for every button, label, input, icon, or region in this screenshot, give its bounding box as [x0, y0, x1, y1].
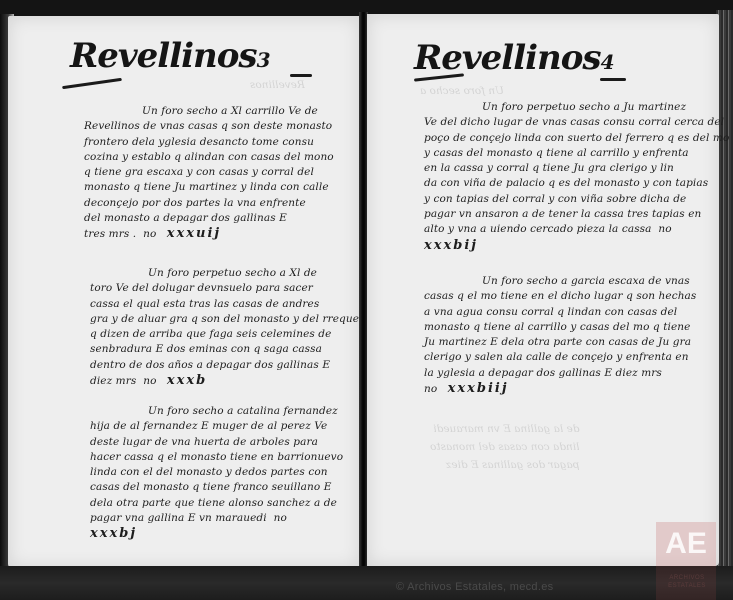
number-label: no	[424, 383, 437, 395]
text-line: clerigo y salen ala calle de conçejo y e…	[424, 350, 696, 365]
entry-number: xxxb	[167, 373, 207, 388]
left-entry-1: Un foro secho a Xl carrillo Ve de Revell…	[84, 104, 334, 243]
text-line: pagar vn ansaron a de tener la cassa tre…	[424, 207, 729, 222]
text-line: deconçejo por dos partes la vna enfrente	[84, 196, 334, 211]
text-line: hacer cassa q el monasto tiene en barrio…	[90, 450, 343, 465]
entry-number: xxxuij	[167, 226, 221, 241]
text-line: gra y de aluar gra q son del monasto y d…	[90, 312, 371, 327]
number-label: no	[143, 375, 156, 387]
number-label: no	[274, 512, 287, 524]
right-entry-1: Un foro perpetuo secho a Ju martinez Ve …	[424, 100, 729, 253]
ink-bleed: Revellinos	[250, 78, 305, 93]
archive-logo-icon: AE	[656, 522, 716, 566]
text-line: Un foro secho a garcia escaxa de vnas	[424, 274, 696, 289]
text-line: tres mrs .	[84, 228, 136, 240]
heading-text: Revellinos	[70, 36, 257, 76]
text-line: del monasto a depagar dos gallinas E	[84, 211, 334, 226]
text-line: poço de conçejo linda con suerto del fer…	[424, 131, 729, 146]
ink-bleed: Un foro secho a	[420, 84, 504, 99]
text-line: la yglesia a depagar dos gallinas E diez…	[424, 366, 696, 381]
text-line: en la cassa y corral q tiene Ju gra cler…	[424, 161, 729, 176]
text-line: dela otra parte que tiene alonso sanchez…	[90, 496, 343, 511]
manuscript-scan: Revellinos Revellinos3 Un foro secho a X…	[0, 0, 733, 600]
entry-number: xxxbj	[90, 526, 343, 541]
number-label: no	[143, 228, 156, 240]
left-entry-3: Un foro secho a catalina fernandez hija …	[90, 404, 343, 542]
text-line: Un foro perpetuo secho a Ju martinez	[424, 100, 729, 115]
left-entry-2: Un foro perpetuo secho a Xl de toro Ve d…	[90, 266, 371, 389]
text-line: toro Ve del dolugar devnsuelo para sacer	[90, 281, 371, 296]
text-line: cozina y establo q alindan con casas del…	[84, 150, 334, 165]
text-line: Ju martinez E dela otra parte con casas …	[424, 335, 696, 350]
text-line: diez mrs	[90, 375, 136, 387]
number-label: no	[658, 223, 671, 235]
left-page-heading: Revellinos3	[70, 36, 269, 76]
text-line: casas del monasto q tiene franco seuilla…	[90, 480, 343, 495]
right-entry-2: Un foro secho a garcia escaxa de vnas ca…	[424, 274, 696, 397]
heading-text: Revellinos	[414, 38, 601, 78]
text-line: deste lugar de vna huerta de arboles par…	[90, 435, 343, 450]
text-line: Revellinos de vnas casas q son deste mon…	[84, 119, 334, 134]
text-line: cassa el qual esta tras las casas de and…	[90, 297, 371, 312]
entry-number: xxxbij	[424, 238, 729, 253]
text-line: Un foro perpetuo secho a Xl de	[90, 266, 371, 281]
folio-number: 3	[257, 48, 270, 72]
text-line: q dizen de arriba que faga seis celemine…	[90, 327, 371, 342]
text-line: y con tapias del corral y con viña sobre…	[424, 192, 729, 207]
text-line: monasto q tiene Ju martinez y linda con …	[84, 180, 334, 195]
text-line: pagar vna gallina E vn marauedi	[90, 512, 267, 524]
folio-number: 4	[601, 50, 614, 74]
text-line: Un foro secho a Xl carrillo Ve de	[84, 104, 334, 119]
text-line: q tiene gra escaxa y con casas y corral …	[84, 165, 334, 180]
scan-bottom-band	[0, 566, 733, 600]
text-line: alto y vna a uiendo cercado pieza la cas…	[424, 223, 652, 235]
copyright-watermark: © Archivos Estatales, mecd.es	[396, 581, 553, 593]
text-line: dentro de dos años a depagar dos gallina…	[90, 358, 371, 373]
text-line: linda con el del monasto y dedos partes …	[90, 465, 343, 480]
text-line: monasto q tiene al carrillo y casas del …	[424, 320, 696, 335]
text-line: y casas del monasto q tiene al carrillo …	[424, 146, 729, 161]
heading-flourish	[290, 74, 312, 77]
text-line: senbradura E dos eminas con q saga cassa	[90, 342, 371, 357]
archive-logo-caption: ARCHIVOS ESTATALES	[658, 574, 716, 590]
text-line: Ve del dicho lugar de vnas casas consu c…	[424, 115, 729, 130]
text-line: frontero dela yglesia desancto tome cons…	[84, 135, 334, 150]
text-line: da con viña de palacio q es del monasto …	[424, 176, 729, 191]
right-page-heading: Revellinos4	[414, 38, 613, 78]
text-line: a vna agua consu corral q lindan con cas…	[424, 305, 696, 320]
text-line: Un foro secho a catalina fernandez	[90, 404, 343, 419]
text-line: casas q el mo tiene en el dicho lugar q …	[424, 289, 696, 304]
heading-flourish	[600, 78, 626, 81]
entry-number: xxxbiij	[448, 381, 509, 396]
ink-bleed: de la gallina E vn marauedilinda con cas…	[430, 420, 579, 474]
text-line: hija de al fernandez E muger de al perez…	[90, 419, 343, 434]
